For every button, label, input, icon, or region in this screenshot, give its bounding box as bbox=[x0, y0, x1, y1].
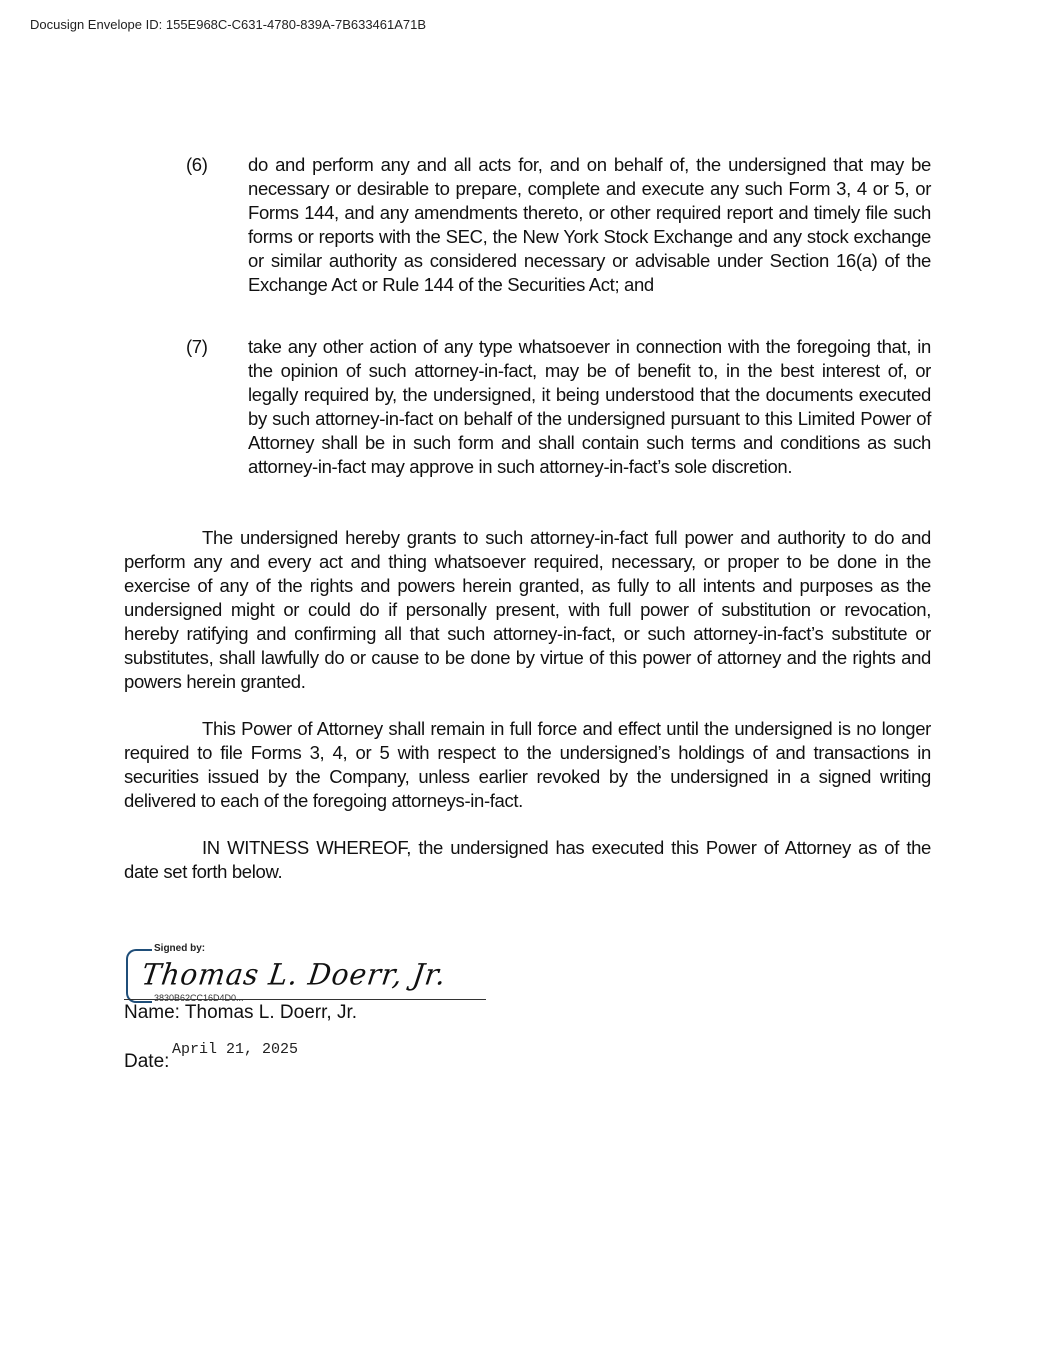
handwritten-signature: Thomas L. Doerr, Jr. bbox=[140, 957, 449, 992]
signed-by-label: Signed by: bbox=[154, 943, 205, 954]
date-value: April 21, 2025 bbox=[172, 1041, 298, 1058]
paragraph-grant-of-power: The undersigned hereby grants to such at… bbox=[124, 526, 931, 694]
list-item-number: (7) bbox=[186, 335, 208, 359]
date-label: Date: bbox=[124, 1051, 169, 1073]
signature-line bbox=[124, 999, 486, 1000]
signature-block: Signed by: Thomas L. Doerr, Jr. 3830B62C… bbox=[124, 940, 494, 1080]
signer-name: Name: Thomas L. Doerr, Jr. bbox=[124, 1002, 357, 1024]
list-item-number: (6) bbox=[186, 153, 208, 177]
paragraph-in-witness: IN WITNESS WHEREOF, the undersigned has … bbox=[124, 836, 931, 884]
paragraph-duration: This Power of Attorney shall remain in f… bbox=[124, 717, 931, 813]
docusign-envelope-id: Docusign Envelope ID: 155E968C-C631-4780… bbox=[30, 17, 426, 32]
list-item-text: take any other action of any type whatso… bbox=[248, 335, 931, 479]
list-item-text: do and perform any and all acts for, and… bbox=[248, 153, 931, 297]
